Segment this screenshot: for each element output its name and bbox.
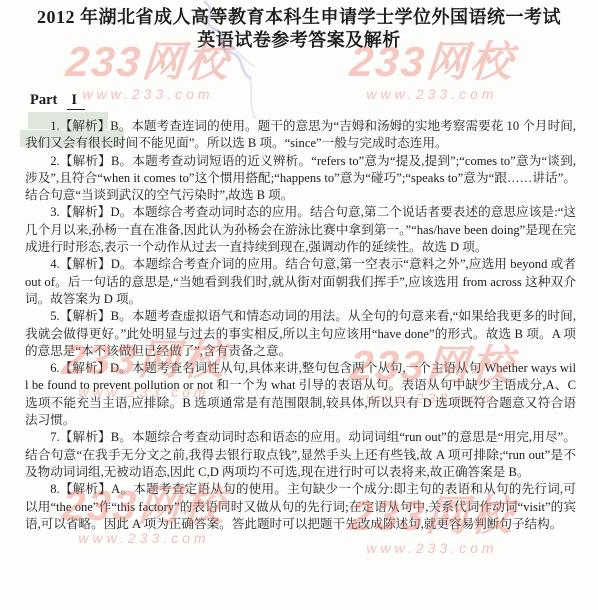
part-heading: PartI xyxy=(30,92,598,110)
document-page: 233网校 www.233.com 233网校 www.233.com 233网… xyxy=(0,0,598,610)
analysis-item-3: 3.【解析】D。本题综合考查动词时态的应用。结合句意,第二个说话者要表述的意思应… xyxy=(25,204,576,256)
analysis-item-7: 7.【解析】B。本题综合考查动词时态和语态的应用。动词词组“run out”的意… xyxy=(25,429,576,481)
analysis-item-2: 2.【解析】B。本题考查动词短语的近义辨析。“refers to”意为“提及,提… xyxy=(25,153,576,205)
part-number: I xyxy=(67,92,85,110)
analysis-item-8: 8.【解析】A。本题考查定语从句的使用。主句缺少一个成分:即主句的表语和从句的先… xyxy=(25,481,576,533)
watermark-url-text: www.233.com xyxy=(332,540,532,556)
page-title-line1: 2012 年湖北省成人高等教育本科生申请学士学位外国语统一考试 xyxy=(18,6,580,29)
analysis-content: 1.【解析】B。本题考查连词的使用。题干的意思为“吉姆和汤姆的实地考察需要花 1… xyxy=(25,118,576,533)
analysis-item-6: 6.【解析】D。本题考查名词性从句,具体来讲,整句包含两个从句,一个主语从句 W… xyxy=(25,360,576,429)
page-title-line2: 英语试卷参考答案及解析 xyxy=(18,29,580,52)
analysis-item-4: 4.【解析】D。本题综合考查介词的应用。结合句意,第一空表示“意料之外”,应选用… xyxy=(25,256,576,308)
analysis-item-5: 5.【解析】B。本题考查虚拟语气和情态动词的用法。从全句的句意来看,“如果给我更… xyxy=(25,308,576,360)
analysis-item-1: 1.【解析】B。本题考查连词的使用。题干的意思为“吉姆和汤姆的实地考察需要花 1… xyxy=(25,118,576,153)
part-label: Part xyxy=(30,92,57,108)
page-title: 2012 年湖北省成人高等教育本科生申请学士学位外国语统一考试 英语试卷参考答案… xyxy=(18,6,580,52)
